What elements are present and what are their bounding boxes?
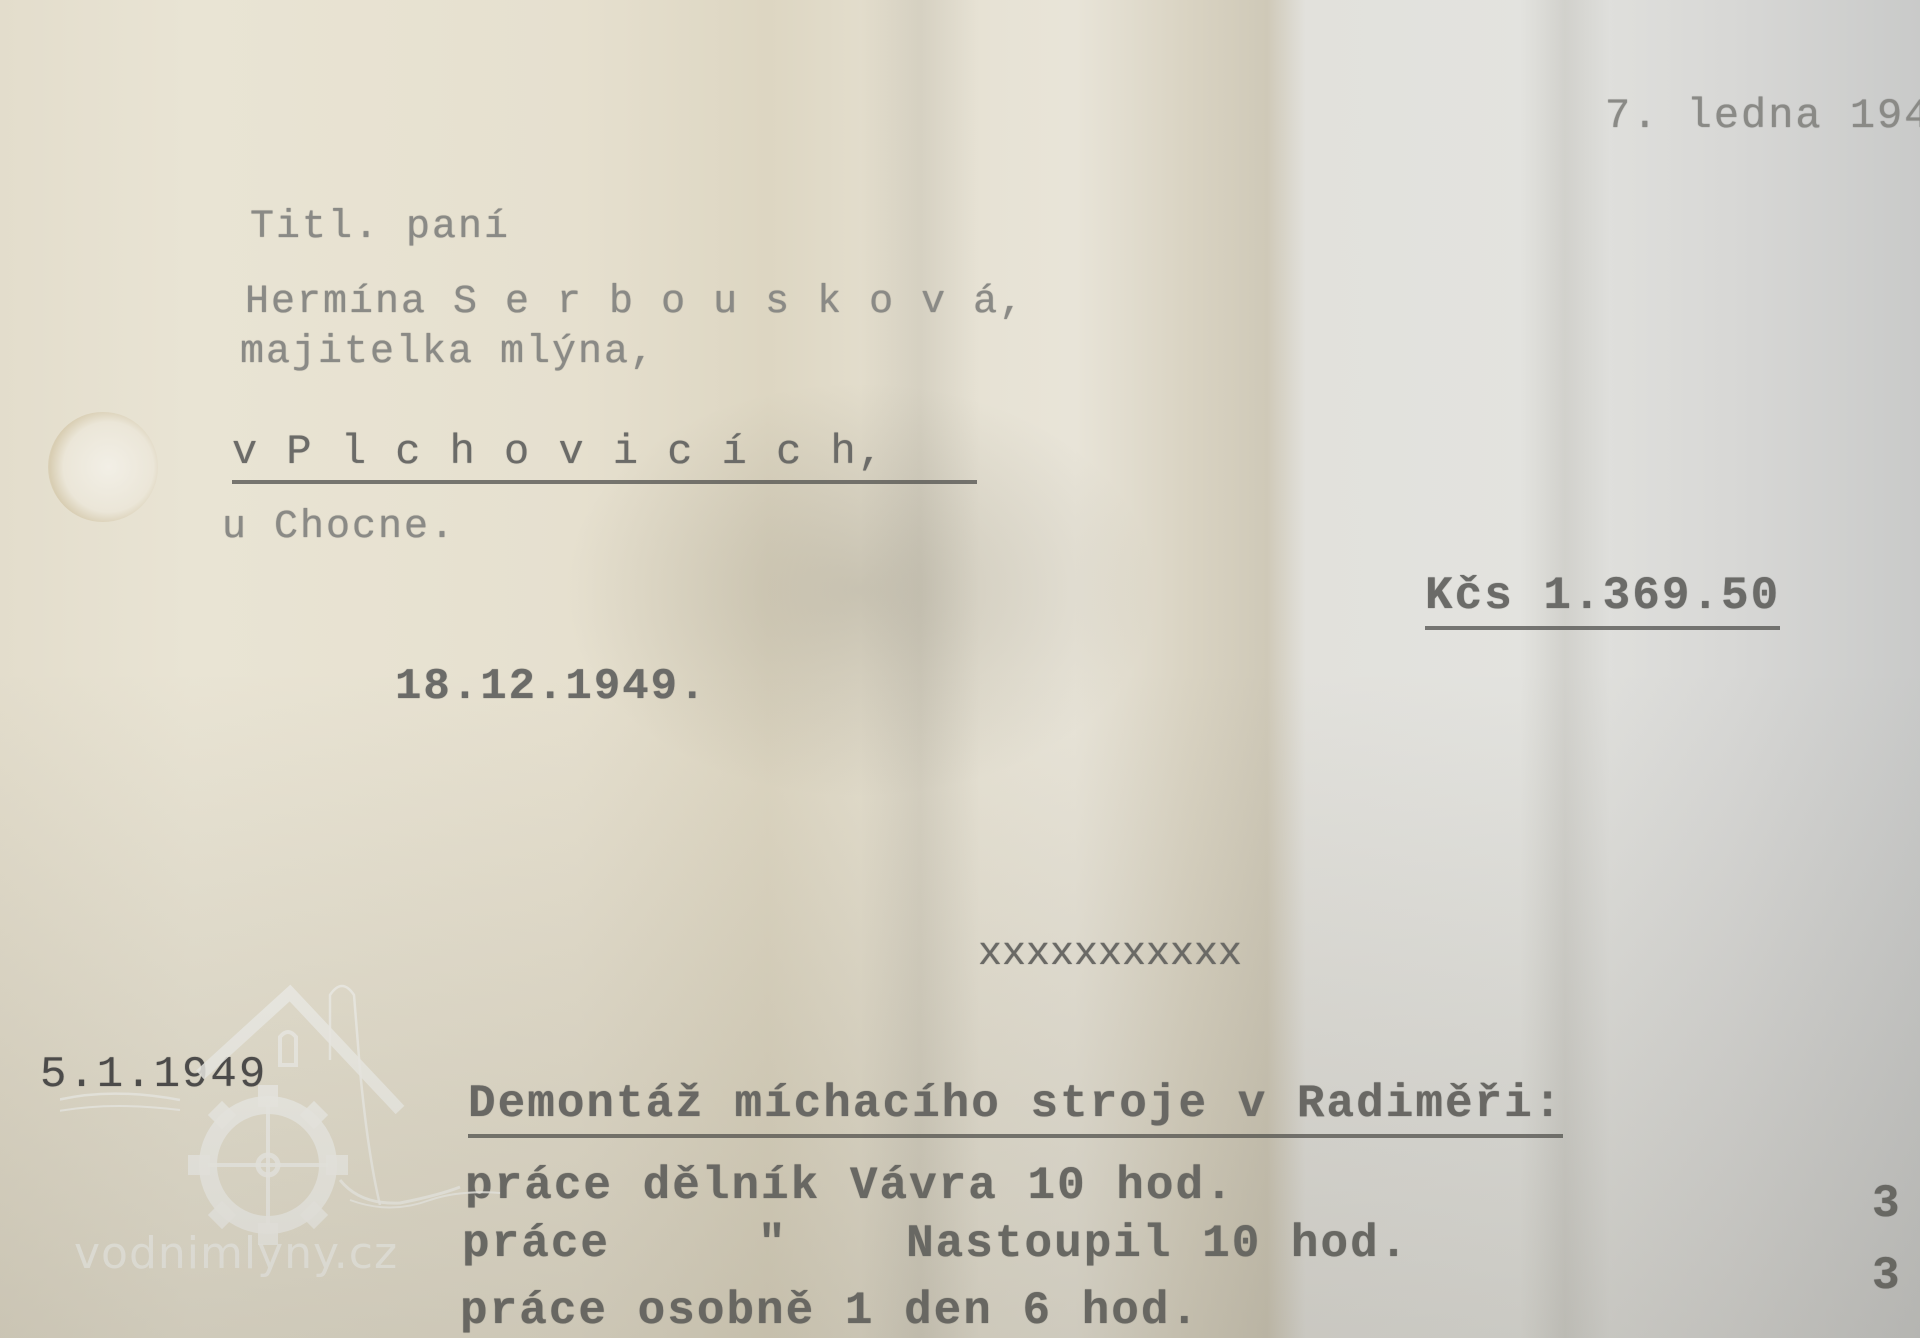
invoice-amount: Kčs 1.369.50 xyxy=(1425,570,1780,630)
recipient-name: Hermína S e r b o u s k o v á, xyxy=(245,280,1025,325)
letter-date: 7. ledna 194 xyxy=(1605,92,1920,140)
entry-line: práce osobně 1 den 6 hod. xyxy=(460,1285,1200,1337)
entry-line-amount: 3 xyxy=(1872,1250,1902,1302)
entry-line-amount: 3 xyxy=(1872,1178,1902,1230)
watermark-text: vodnimlyny.cz xyxy=(74,1228,398,1279)
entry-line: práce dělník Vávra 10 hod. xyxy=(465,1160,1235,1212)
salutation: Titl. paní xyxy=(250,205,510,250)
entry-line: práce " Nastoupil 10 hod. xyxy=(462,1218,1409,1270)
recipient-town: v P l c h o v i c í c h, xyxy=(232,428,977,484)
reference-date: 18.12.1949. xyxy=(395,662,707,712)
entry-title: Demontáž míchacího stroje v Radiměři: xyxy=(468,1078,1563,1138)
recipient-region: u Chocne. xyxy=(222,505,456,550)
punch-hole xyxy=(48,412,158,522)
separator-line: xxxxxxxxxxx xyxy=(978,932,1242,977)
recipient-occupation: majitelka mlýna, xyxy=(240,330,656,375)
